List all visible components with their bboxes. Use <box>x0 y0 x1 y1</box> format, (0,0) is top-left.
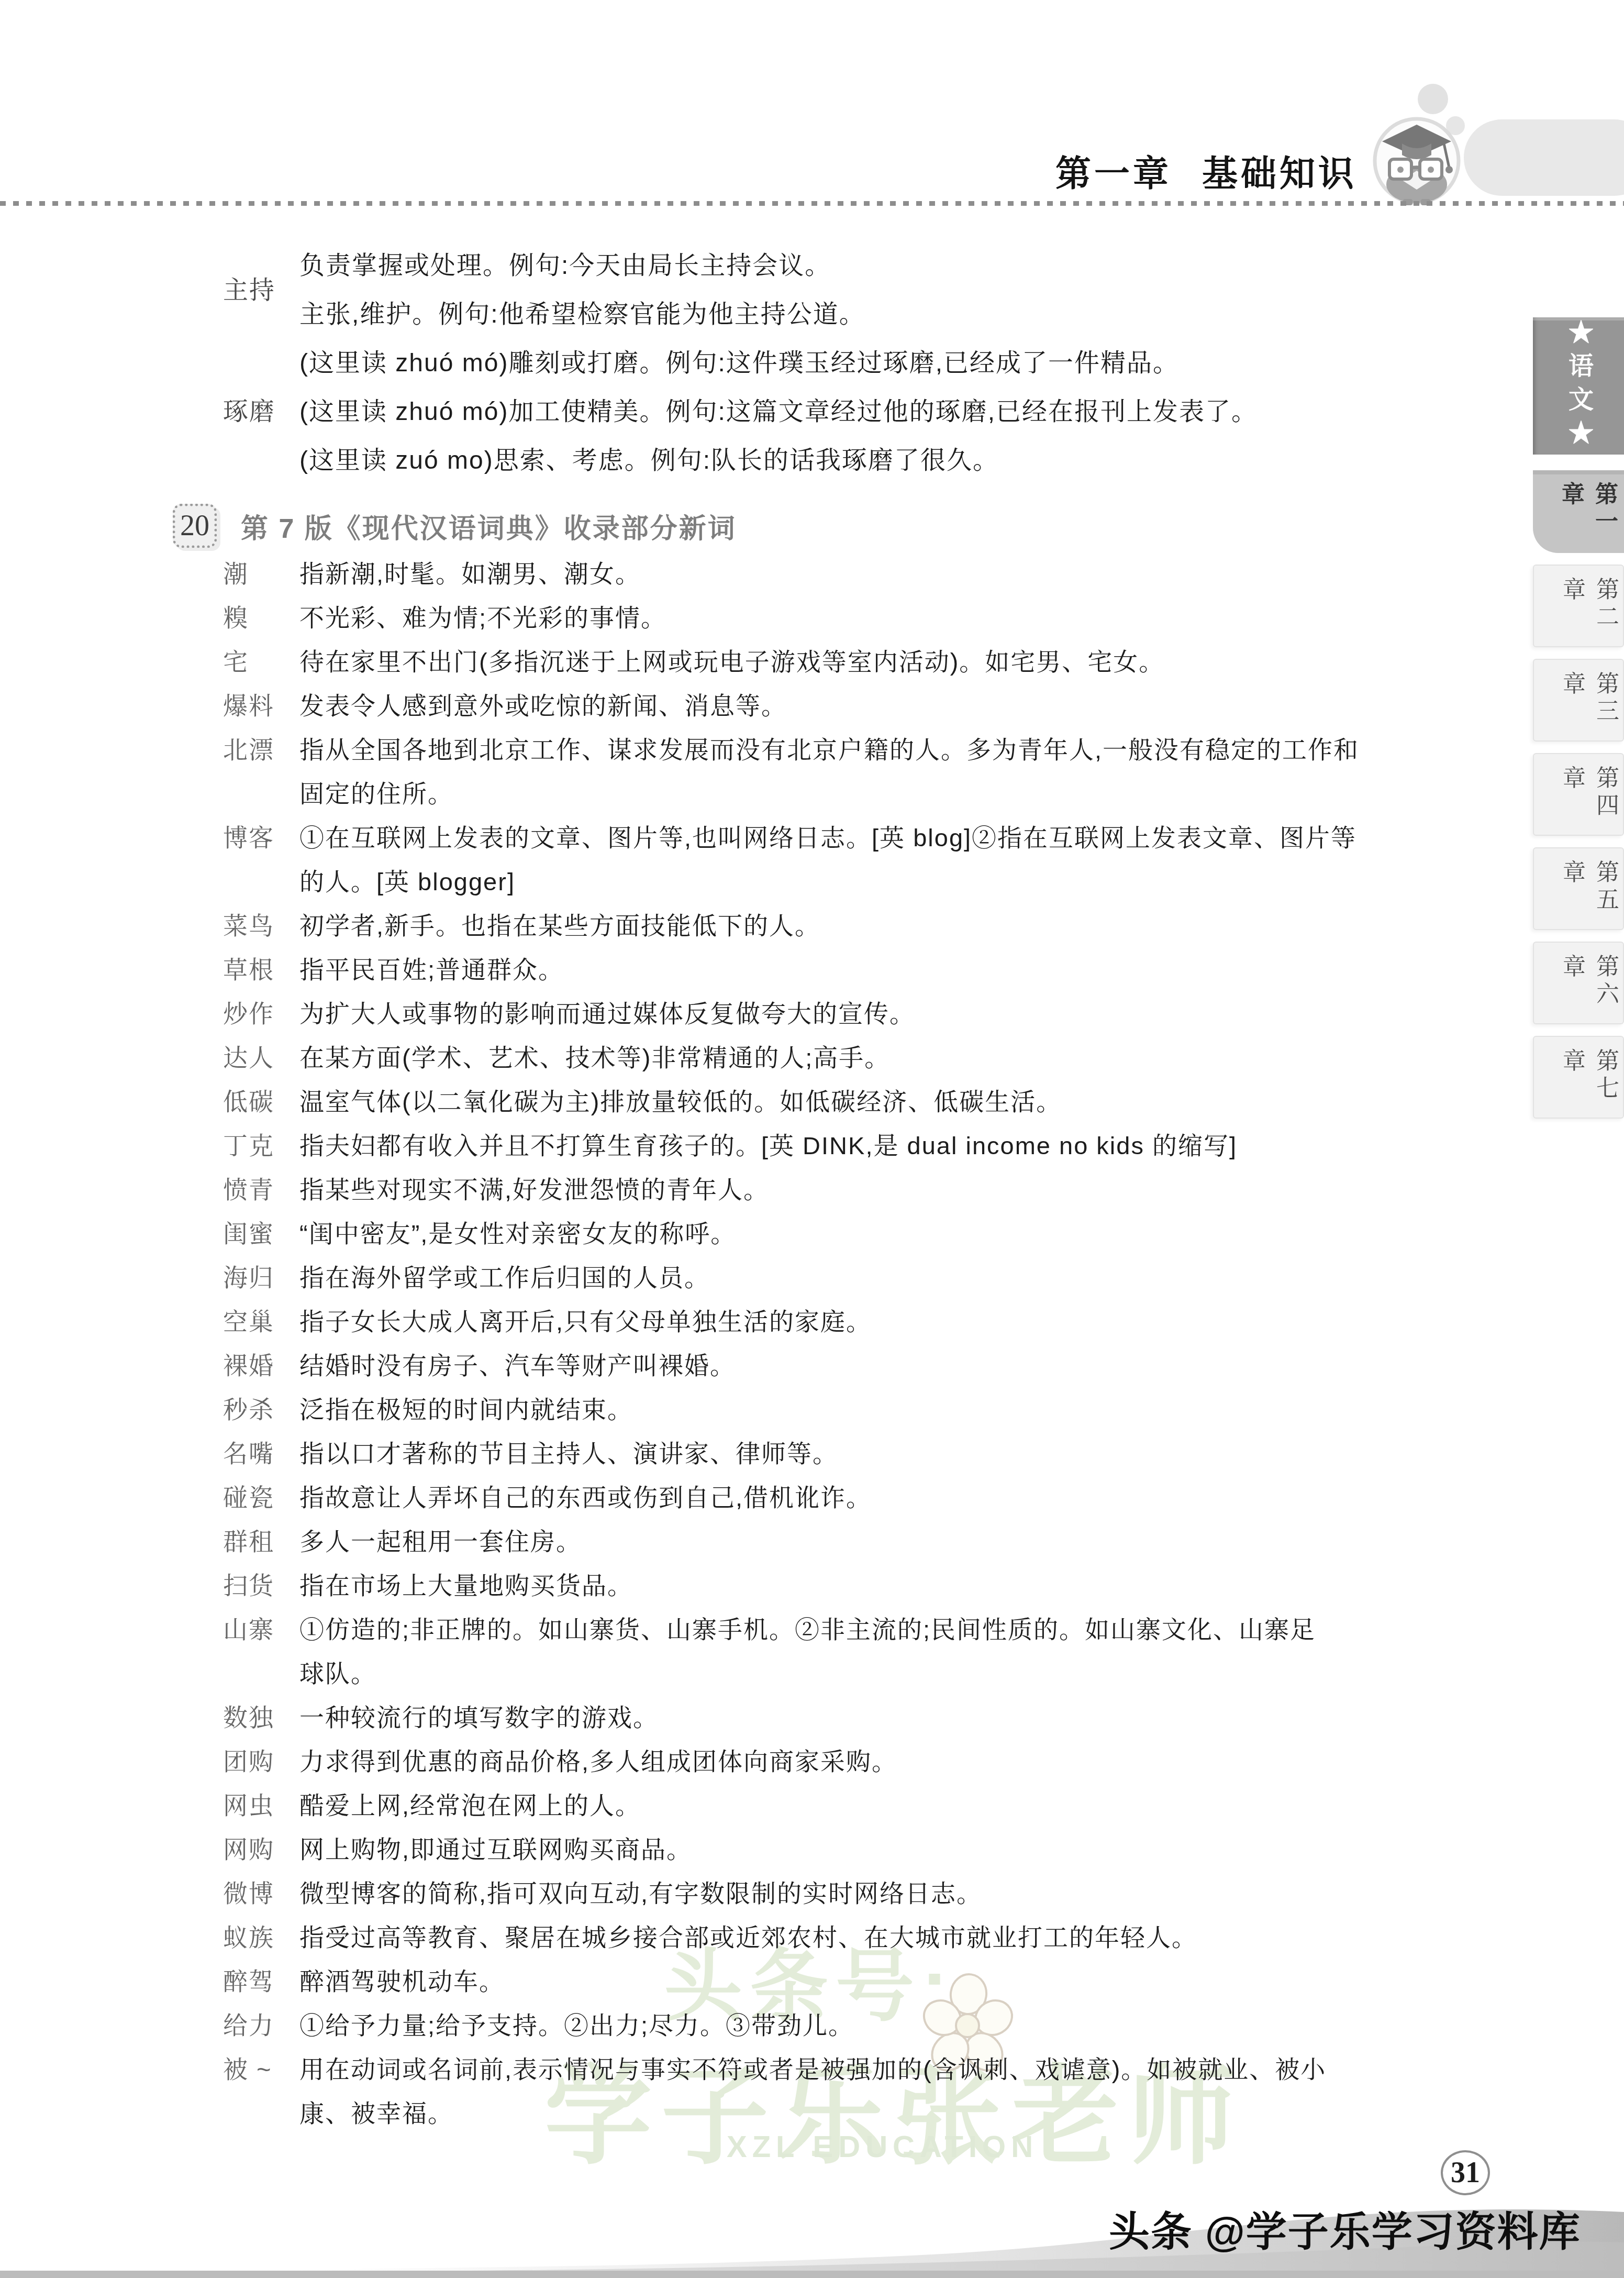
word-definition: 酷爱上网,经常泡在网上的人。 <box>299 1784 1513 1828</box>
definition-line: 不光彩、难为情;不光彩的事情。 <box>299 596 1513 640</box>
word-definition: 指平民百姓;普通群众。 <box>299 948 1513 992</box>
intro-entry: 主持 负责掌握或处理。例句:今天由局长主持会议。主张,维护。例句:他希望检察官能… <box>173 241 1513 339</box>
main-content: 主持 负责掌握或处理。例句:今天由局长主持会议。主张,维护。例句:他希望检察官能… <box>173 241 1513 2136</box>
chapter-tab-label: 第六章 <box>1555 954 1622 1023</box>
definition-line: 指受过高等教育、聚居在城乡接合部或近郊农村、在大城市就业打工的年轻人。 <box>299 1916 1513 1960</box>
chapter-tab-label: 第四章 <box>1555 766 1622 835</box>
word-definition: ①仿造的;非正牌的。如山寨货、山寨手机。②非主流的;民间性质的。如山寨文化、山寨… <box>299 1608 1513 1696</box>
definition-line: 指夫妇都有收入并且不打算生育孩子的。[英 DINK,是 dual income … <box>299 1124 1513 1168</box>
word-term: 微博 <box>223 1872 299 1916</box>
word-definition: 指子女长大成人离开后,只有父母单独生活的家庭。 <box>299 1300 1513 1344</box>
word-definition: 不光彩、难为情;不光彩的事情。 <box>299 596 1513 640</box>
word-term: 山寨 <box>223 1608 299 1696</box>
intro-defs: 负责掌握或处理。例句:今天由局长主持会议。主张,维护。例句:他希望检察官能为他主… <box>299 241 1513 339</box>
word-entry: 蚁族 指受过高等教育、聚居在城乡接合部或近郊农村、在大城市就业打工的年轻人。 <box>173 1916 1513 1960</box>
word-definition: 指夫妇都有收入并且不打算生育孩子的。[英 DINK,是 dual income … <box>299 1124 1513 1168</box>
sidebar-subject-tab[interactable]: ★语文★ <box>1533 317 1624 455</box>
word-definition: 泛指在极短的时间内就结束。 <box>299 1388 1513 1432</box>
word-term: 秒杀 <box>223 1388 299 1432</box>
word-term: 网购 <box>223 1828 299 1872</box>
definition-line: 主张,维护。例句:他希望检察官能为他主持公道。 <box>299 290 1513 339</box>
definition-line: 力求得到优惠的商品价格,多人组成团体向商家采购。 <box>299 1740 1513 1784</box>
definition-line: 酷爱上网,经常泡在网上的人。 <box>299 1784 1513 1828</box>
word-term: 博客 <box>223 816 299 904</box>
word-term: 被 ~ <box>223 2048 299 2136</box>
word-definition: 指受过高等教育、聚居在城乡接合部或近郊农村、在大城市就业打工的年轻人。 <box>299 1916 1513 1960</box>
word-term: 愤青 <box>223 1168 299 1212</box>
word-term: 炒作 <box>223 992 299 1036</box>
new-words-list: 潮 指新潮,时髦。如潮男、潮女。 糗 不光彩、难为情;不光彩的事情。 宅 待在家… <box>173 552 1513 2136</box>
word-term: 团购 <box>223 1740 299 1784</box>
word-definition: 在某方面(学术、艺术、技术等)非常精通的人;高手。 <box>299 1036 1513 1080</box>
word-entry: 海归 指在海外留学或工作后归国的人员。 <box>173 1256 1513 1300</box>
word-term: 潮 <box>223 552 299 596</box>
definition-line: (这里读 zhuó mó)加工使精美。例句:这篇文章经过他的琢磨,已经在报刊上发… <box>299 388 1513 436</box>
word-entry: 名嘴 指以口才著称的节目主持人、演讲家、律师等。 <box>173 1432 1513 1476</box>
page-number: 31 <box>1441 2150 1490 2195</box>
definition-line: 用在动词或名词前,表示情况与事实不符或者是被强加的(含讽刺、戏谑意)。如被就业、… <box>299 2048 1513 2092</box>
word-term: 蚁族 <box>223 1916 299 1960</box>
section-number-badge: 20 <box>173 504 217 548</box>
word-definition: 指新潮,时髦。如潮男、潮女。 <box>299 552 1513 596</box>
word-term: 网虫 <box>223 1784 299 1828</box>
word-definition: 指以口才著称的节目主持人、演讲家、律师等。 <box>299 1432 1513 1476</box>
word-term: 海归 <box>223 1256 299 1300</box>
word-term: 醉驾 <box>223 1960 299 2004</box>
definition-line: 指某些对现实不满,好发泄怨愤的青年人。 <box>299 1168 1513 1212</box>
intro-term: 琢磨 <box>223 388 299 436</box>
word-term: 爆料 <box>223 684 299 728</box>
definition-line: 指在海外留学或工作后归国的人员。 <box>299 1256 1513 1300</box>
word-entry: 数独 一种较流行的填写数字的游戏。 <box>173 1696 1513 1740</box>
word-entry: 愤青 指某些对现实不满,好发泄怨愤的青年人。 <box>173 1168 1513 1212</box>
word-entry: 炒作 为扩大人或事物的影响而通过媒体反复做夸大的宣传。 <box>173 992 1513 1036</box>
word-entry: 菜鸟 初学者,新手。也指在某些方面技能低下的人。 <box>173 904 1513 948</box>
definition-line: 的人。[英 blogger] <box>299 860 1513 904</box>
definition-line: 指以口才著称的节目主持人、演讲家、律师等。 <box>299 1432 1513 1476</box>
definition-line: 一种较流行的填写数字的游戏。 <box>299 1696 1513 1740</box>
chapter-tab-label: 第七章 <box>1555 1048 1622 1118</box>
word-entry: 网虫 酷爱上网,经常泡在网上的人。 <box>173 1784 1513 1828</box>
word-term: 给力 <box>223 2004 299 2048</box>
definition-line: 球队。 <box>299 1652 1513 1696</box>
definition-line: ①仿造的;非正牌的。如山寨货、山寨手机。②非主流的;民间性质的。如山寨文化、山寨… <box>299 1608 1513 1652</box>
word-term: 名嘴 <box>223 1432 299 1476</box>
word-entry: 潮 指新潮,时髦。如潮男、潮女。 <box>173 552 1513 596</box>
word-term: 扫货 <box>223 1564 299 1608</box>
word-entry: 爆料 发表令人感到意外或吃惊的新闻、消息等。 <box>173 684 1513 728</box>
definition-line: 康、被幸福。 <box>299 2092 1513 2136</box>
intro-defs: (这里读 zhuó mó)雕刻或打磨。例句:这件璞玉经过琢磨,已经成了一件精品。… <box>299 339 1513 485</box>
word-entry: 糗 不光彩、难为情;不光彩的事情。 <box>173 596 1513 640</box>
intro-definitions: 主持 负责掌握或处理。例句:今天由局长主持会议。主张,维护。例句:他希望检察官能… <box>173 241 1513 485</box>
footer-credit: 头条 @学子乐学习资料库 <box>1109 2199 1581 2258</box>
word-term: 数独 <box>223 1696 299 1740</box>
word-term: 空巢 <box>223 1300 299 1344</box>
definition-line: 待在家里不出门(多指沉迷于上网或玩电子游戏等室内活动)。如宅男、宅女。 <box>299 640 1513 684</box>
definition-line: 多人一起租用一套住房。 <box>299 1520 1513 1564</box>
word-term: 闺蜜 <box>223 1212 299 1256</box>
word-term: 群租 <box>223 1520 299 1564</box>
sidebar-chapter-tab[interactable]: 第三章 <box>1533 659 1624 742</box>
word-definition: 温室气体(以二氧化碳为主)排放量较低的。如低碳经济、低碳生活。 <box>299 1080 1513 1124</box>
word-term: 裸婚 <box>223 1344 299 1388</box>
bottom-edge-bar <box>0 2271 1624 2278</box>
word-definition: 指故意让人弄坏自己的东西或伤到自己,借机讹诈。 <box>299 1476 1513 1520</box>
definition-line: 发表令人感到意外或吃惊的新闻、消息等。 <box>299 684 1513 728</box>
word-definition: 力求得到优惠的商品价格,多人组成团体向商家采购。 <box>299 1740 1513 1784</box>
word-entry: 群租 多人一起租用一套住房。 <box>173 1520 1513 1564</box>
definition-line: 指故意让人弄坏自己的东西或伤到自己,借机讹诈。 <box>299 1476 1513 1520</box>
definition-line: 指从全国各地到北京工作、谋求发展而没有北京户籍的人。多为青年人,一般没有稳定的工… <box>299 728 1513 772</box>
definition-line: “闺中密友”,是女性对亲密女友的称呼。 <box>299 1212 1513 1256</box>
word-term: 达人 <box>223 1036 299 1080</box>
word-term: 糗 <box>223 596 299 640</box>
sidebar-chapter-tab[interactable]: 第一章 <box>1533 470 1624 553</box>
word-definition: 多人一起租用一套住房。 <box>299 1520 1513 1564</box>
word-definition: 发表令人感到意外或吃惊的新闻、消息等。 <box>299 684 1513 728</box>
sidebar-chapter-tabs: 第一章 第二章 第三章 第四章 第五章 第六章 第七章 <box>1533 470 1624 1119</box>
chapter-tab-label: 第二章 <box>1555 577 1622 646</box>
word-definition: 为扩大人或事物的影响而通过媒体反复做夸大的宣传。 <box>299 992 1513 1036</box>
word-term: 北漂 <box>223 728 299 816</box>
header-pill-shape <box>1464 119 1624 196</box>
word-term: 宅 <box>223 640 299 684</box>
word-entry: 被 ~ 用在动词或名词前,表示情况与事实不符或者是被强加的(含讽刺、戏谑意)。如… <box>173 2048 1513 2136</box>
word-entry: 醉驾 醉酒驾驶机动车。 <box>173 1960 1513 2004</box>
definition-line: 初学者,新手。也指在某些方面技能低下的人。 <box>299 904 1513 948</box>
word-entry: 碰瓷 指故意让人弄坏自己的东西或伤到自己,借机讹诈。 <box>173 1476 1513 1520</box>
chapter-tab-label: 第三章 <box>1555 671 1622 740</box>
bubble-icon <box>1418 84 1448 114</box>
word-entry: 草根 指平民百姓;普通群众。 <box>173 948 1513 992</box>
word-entry: 微博 微型博客的简称,指可双向互动,有字数限制的实时网络日志。 <box>173 1872 1513 1916</box>
word-definition: 醉酒驾驶机动车。 <box>299 1960 1513 2004</box>
word-entry: 丁克 指夫妇都有收入并且不打算生育孩子的。[英 DINK,是 dual inco… <box>173 1124 1513 1168</box>
definition-line: 负责掌握或处理。例句:今天由局长主持会议。 <box>299 241 1513 290</box>
definition-line: 指子女长大成人离开后,只有父母单独生活的家庭。 <box>299 1300 1513 1344</box>
word-definition: 指某些对现实不满,好发泄怨愤的青年人。 <box>299 1168 1513 1212</box>
chapter-tab-label: 第五章 <box>1555 860 1622 929</box>
word-definition: ①在互联网上发表的文章、图片等,也叫网络日志。[英 blog]②指在互联网上发表… <box>299 816 1513 904</box>
definition-line: ①给予力量;给予支持。②出力;尽力。③带劲儿。 <box>299 2004 1513 2048</box>
word-entry: 网购 网上购物,即通过互联网购买商品。 <box>173 1828 1513 1872</box>
word-definition: 指在海外留学或工作后归国的人员。 <box>299 1256 1513 1300</box>
word-definition: 微型博客的简称,指可双向互动,有字数限制的实时网络日志。 <box>299 1872 1513 1916</box>
word-entry: 空巢 指子女长大成人离开后,只有父母单独生活的家庭。 <box>173 1300 1513 1344</box>
definition-line: 指在市场上大量地购买货品。 <box>299 1564 1513 1608</box>
word-definition: 待在家里不出门(多指沉迷于上网或玩电子游戏等室内活动)。如宅男、宅女。 <box>299 640 1513 684</box>
chapter-label: 第一章 <box>1055 154 1172 194</box>
word-entry: 秒杀 泛指在极短的时间内就结束。 <box>173 1388 1513 1432</box>
definition-line: 网上购物,即通过互联网购买商品。 <box>299 1828 1513 1872</box>
word-definition: 指从全国各地到北京工作、谋求发展而没有北京户籍的人。多为青年人,一般没有稳定的工… <box>299 728 1513 816</box>
word-definition: 初学者,新手。也指在某些方面技能低下的人。 <box>299 904 1513 948</box>
word-definition: 网上购物,即通过互联网购买商品。 <box>299 1828 1513 1872</box>
sidebar-chapter-tab[interactable]: 第七章 <box>1533 1036 1624 1119</box>
intro-term: 主持 <box>223 266 299 315</box>
word-definition: 一种较流行的填写数字的游戏。 <box>299 1696 1513 1740</box>
word-term: 菜鸟 <box>223 904 299 948</box>
word-entry: 裸婚 结婚时没有房子、汽车等财产叫裸婚。 <box>173 1344 1513 1388</box>
definition-line: 指新潮,时髦。如潮男、潮女。 <box>299 552 1513 596</box>
section-header: 20 第 7 版《现代汉语词典》收录部分新词 <box>173 503 1513 549</box>
word-term: 低碳 <box>223 1080 299 1124</box>
definition-line: 为扩大人或事物的影响而通过媒体反复做夸大的宣传。 <box>299 992 1513 1036</box>
definition-line: 在某方面(学术、艺术、技术等)非常精通的人;高手。 <box>299 1036 1513 1080</box>
word-entry: 北漂 指从全国各地到北京工作、谋求发展而没有北京户籍的人。多为青年人,一般没有稳… <box>173 728 1513 816</box>
word-definition: 用在动词或名词前,表示情况与事实不符或者是被强加的(含讽刺、戏谑意)。如被就业、… <box>299 2048 1513 2136</box>
word-entry: 低碳 温室气体(以二氧化碳为主)排放量较低的。如低碳经济、低碳生活。 <box>173 1080 1513 1124</box>
definition-line: (这里读 zuó mo)思索、考虑。例句:队长的话我琢磨了很久。 <box>299 436 1513 485</box>
sidebar-chapter-tab[interactable]: 第六章 <box>1533 942 1624 1024</box>
definition-line: 泛指在极短的时间内就结束。 <box>299 1388 1513 1432</box>
definition-line: 微型博客的简称,指可双向互动,有字数限制的实时网络日志。 <box>299 1872 1513 1916</box>
page-title: 第一章基础知识 <box>1055 146 1357 196</box>
word-entry: 闺蜜 “闺中密友”,是女性对亲密女友的称呼。 <box>173 1212 1513 1256</box>
word-entry: 山寨 ①仿造的;非正牌的。如山寨货、山寨手机。②非主流的;民间性质的。如山寨文化… <box>173 1608 1513 1696</box>
word-definition: ①给予力量;给予支持。②出力;尽力。③带劲儿。 <box>299 2004 1513 2048</box>
word-term: 丁克 <box>223 1124 299 1168</box>
word-definition: 指在市场上大量地购买货品。 <box>299 1564 1513 1608</box>
sidebar-chapter-tab[interactable]: 第二章 <box>1533 565 1624 647</box>
word-entry: 达人 在某方面(学术、艺术、技术等)非常精通的人;高手。 <box>173 1036 1513 1080</box>
intro-entry: 琢磨 (这里读 zhuó mó)雕刻或打磨。例句:这件璞玉经过琢磨,已经成了一件… <box>173 339 1513 485</box>
definition-line: 醉酒驾驶机动车。 <box>299 1960 1513 2004</box>
sidebar-chapter-tab[interactable]: 第五章 <box>1533 847 1624 930</box>
word-definition: “闺中密友”,是女性对亲密女友的称呼。 <box>299 1212 1513 1256</box>
chapter-tab-label: 第一章 <box>1554 482 1621 553</box>
definition-line: ①在互联网上发表的文章、图片等,也叫网络日志。[英 blog]②指在互联网上发表… <box>299 816 1513 860</box>
definition-line: 温室气体(以二氧化碳为主)排放量较低的。如低碳经济、低碳生活。 <box>299 1080 1513 1124</box>
section-title: 第 7 版《现代汉语词典》收录部分新词 <box>241 506 737 546</box>
word-term: 草根 <box>223 948 299 992</box>
textbook-page: 头条号: 学子乐张老师 XZL EDUCATION 第一章基础知识 <box>0 0 1624 2278</box>
word-term: 碰瓷 <box>223 1476 299 1520</box>
word-entry: 给力 ①给予力量;给予支持。②出力;尽力。③带劲儿。 <box>173 2004 1513 2048</box>
subject-tab-label: ★语文★ <box>1561 319 1597 453</box>
dotted-separator <box>0 201 1624 206</box>
sidebar-chapter-tab[interactable]: 第四章 <box>1533 753 1624 836</box>
word-entry: 宅 待在家里不出门(多指沉迷于上网或玩电子游戏等室内活动)。如宅男、宅女。 <box>173 640 1513 684</box>
definition-line: 指平民百姓;普通群众。 <box>299 948 1513 992</box>
word-entry: 博客 ①在互联网上发表的文章、图片等,也叫网络日志。[英 blog]②指在互联网… <box>173 816 1513 904</box>
word-entry: 扫货 指在市场上大量地购买货品。 <box>173 1564 1513 1608</box>
graduate-owl-icon <box>1371 111 1463 207</box>
definition-line: (这里读 zhuó mó)雕刻或打磨。例句:这件璞玉经过琢磨,已经成了一件精品。 <box>299 339 1513 388</box>
definition-line: 结婚时没有房子、汽车等财产叫裸婚。 <box>299 1344 1513 1388</box>
chapter-title: 基础知识 <box>1202 154 1357 194</box>
word-definition: 结婚时没有房子、汽车等财产叫裸婚。 <box>299 1344 1513 1388</box>
word-entry: 团购 力求得到优惠的商品价格,多人组成团体向商家采购。 <box>173 1740 1513 1784</box>
definition-line: 固定的住所。 <box>299 772 1513 816</box>
